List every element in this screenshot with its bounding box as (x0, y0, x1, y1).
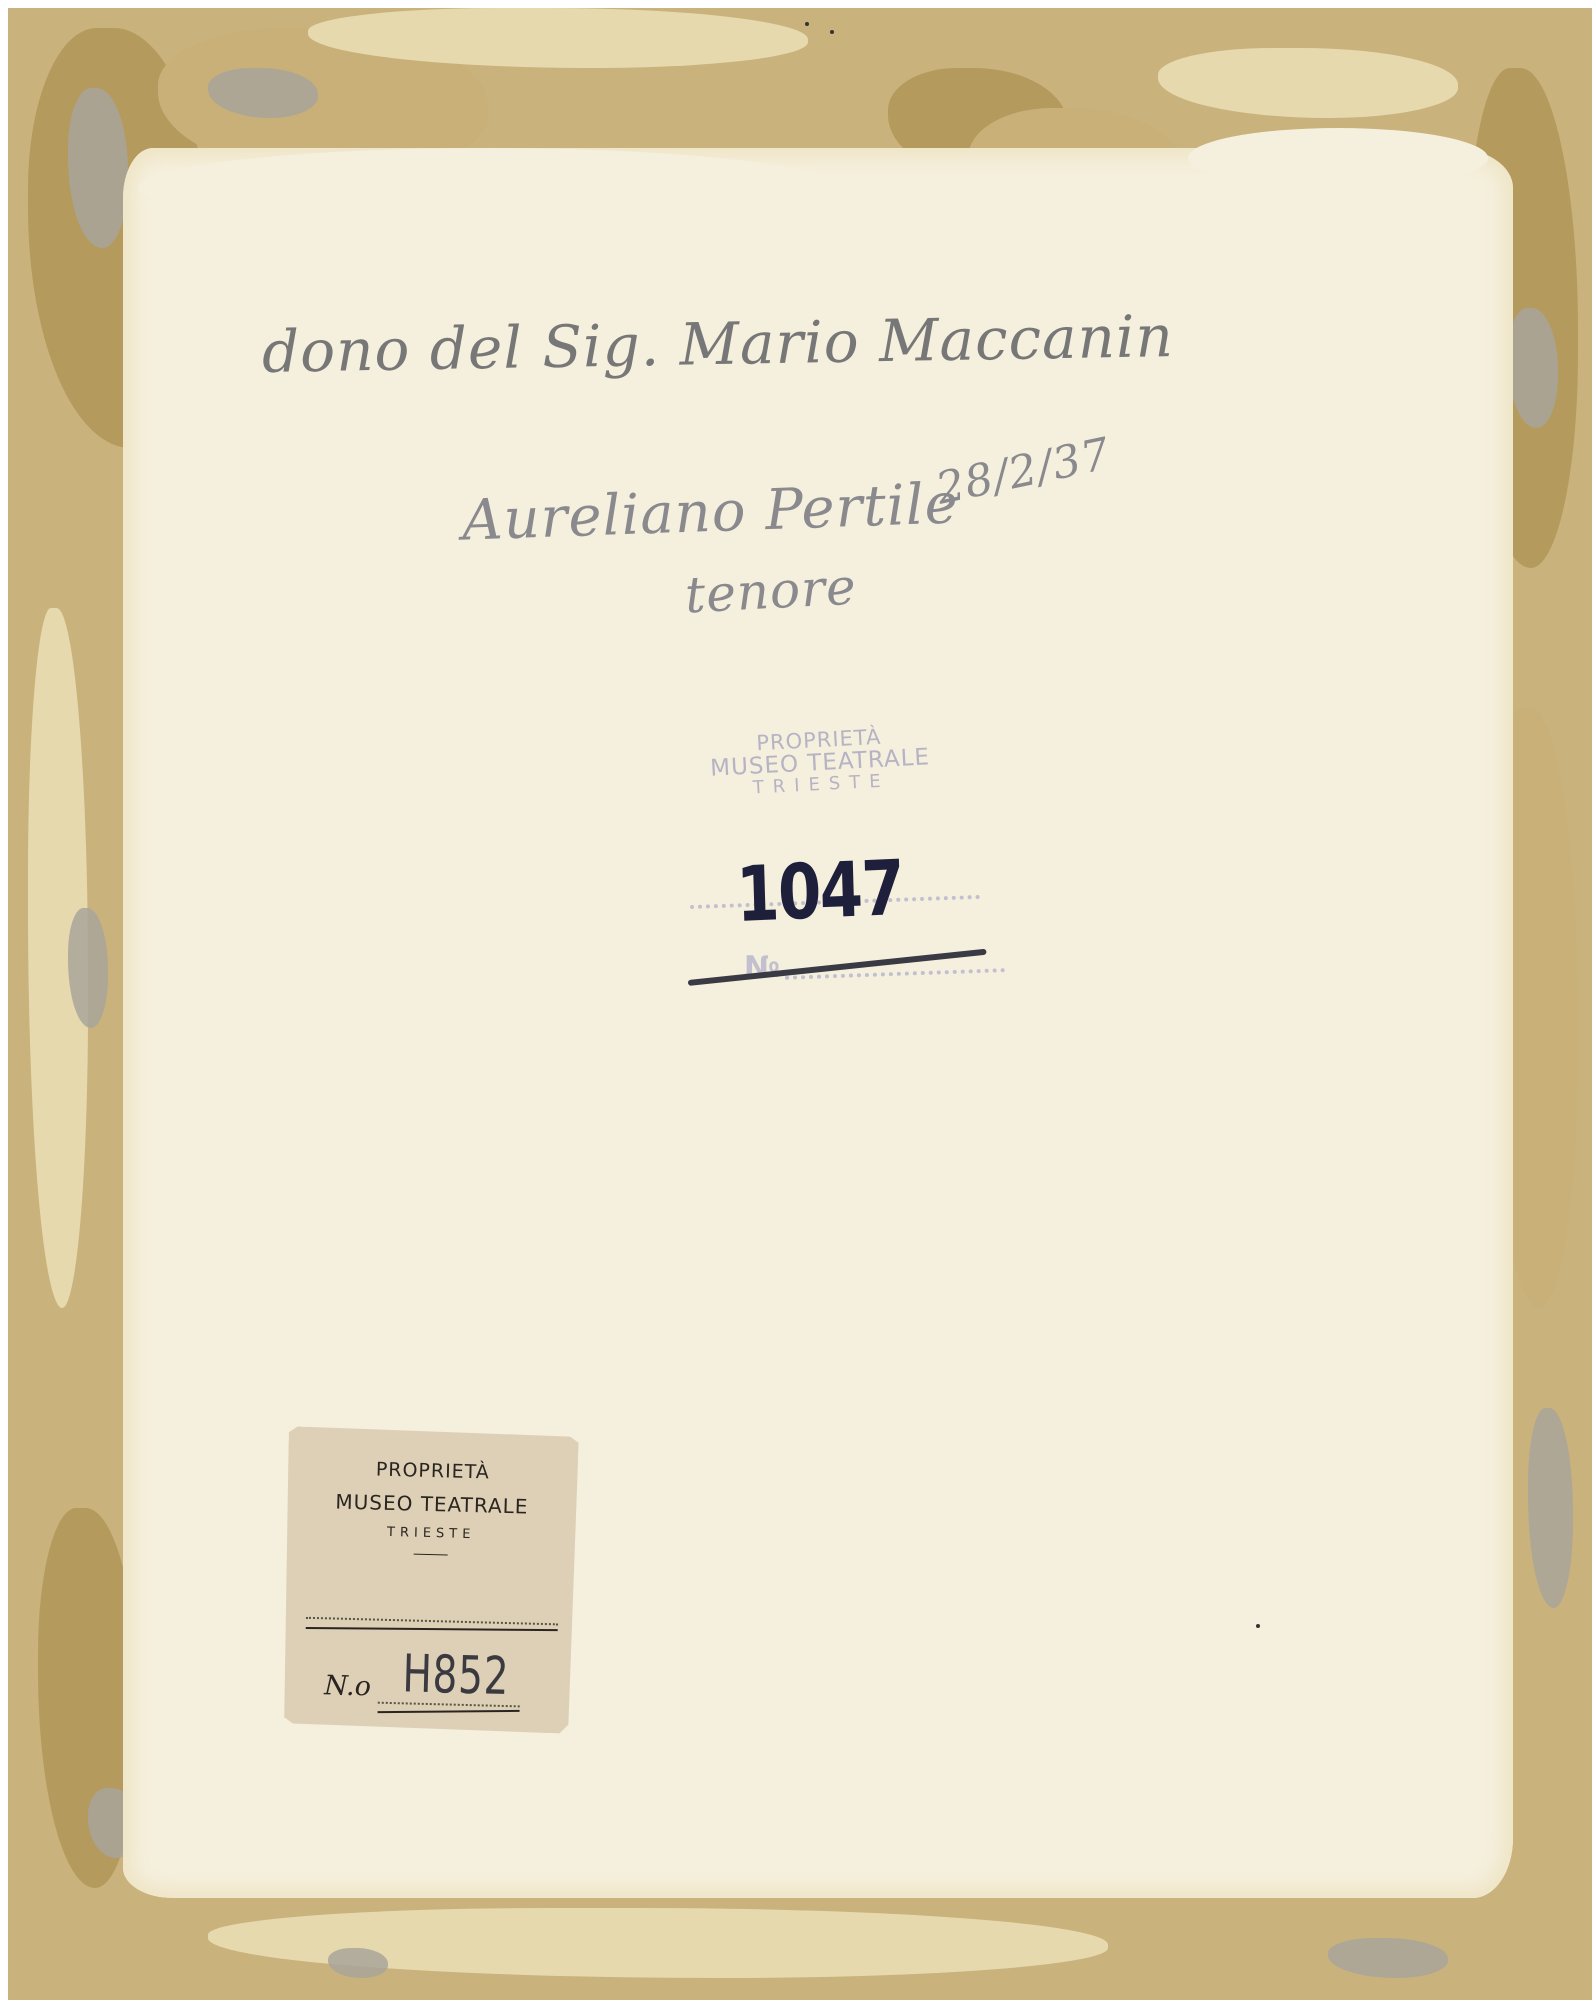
museum-label: PROPRIETÀ MUSEO TEATRALE TRIESTE N.o H85… (281, 1426, 579, 1733)
glue-stain (1328, 1938, 1448, 1978)
document-sheet (8, 8, 1592, 2000)
ink-speck (830, 30, 834, 34)
label-line-3: TRIESTE (286, 1522, 576, 1545)
inventory-number: 1047 (735, 843, 904, 939)
label-rule (414, 1554, 448, 1556)
label-number: H852 (402, 1644, 510, 1707)
paper-edge (1188, 128, 1488, 188)
museum-stamp: PROPRIETÀ MUSEO TEATRALE TRIESTE (688, 721, 951, 802)
label-rule (306, 1627, 558, 1631)
ink-speck (1256, 1624, 1260, 1628)
glue-stain (1528, 1408, 1573, 1608)
label-dotted-line (306, 1617, 558, 1626)
label-line-2: MUSEO TEATRALE (287, 1488, 578, 1520)
voice-type-note: tenore (684, 558, 858, 625)
label-number-prefix: N.o (324, 1670, 372, 1702)
stamp-number-prefix: № (744, 950, 780, 985)
ink-speck (805, 22, 809, 26)
paper-edge (138, 148, 838, 228)
glue-stain (328, 1948, 388, 1978)
glue-stain (1158, 48, 1458, 118)
label-rule (378, 1710, 520, 1713)
label-line-1: PROPRIETÀ (288, 1456, 578, 1486)
